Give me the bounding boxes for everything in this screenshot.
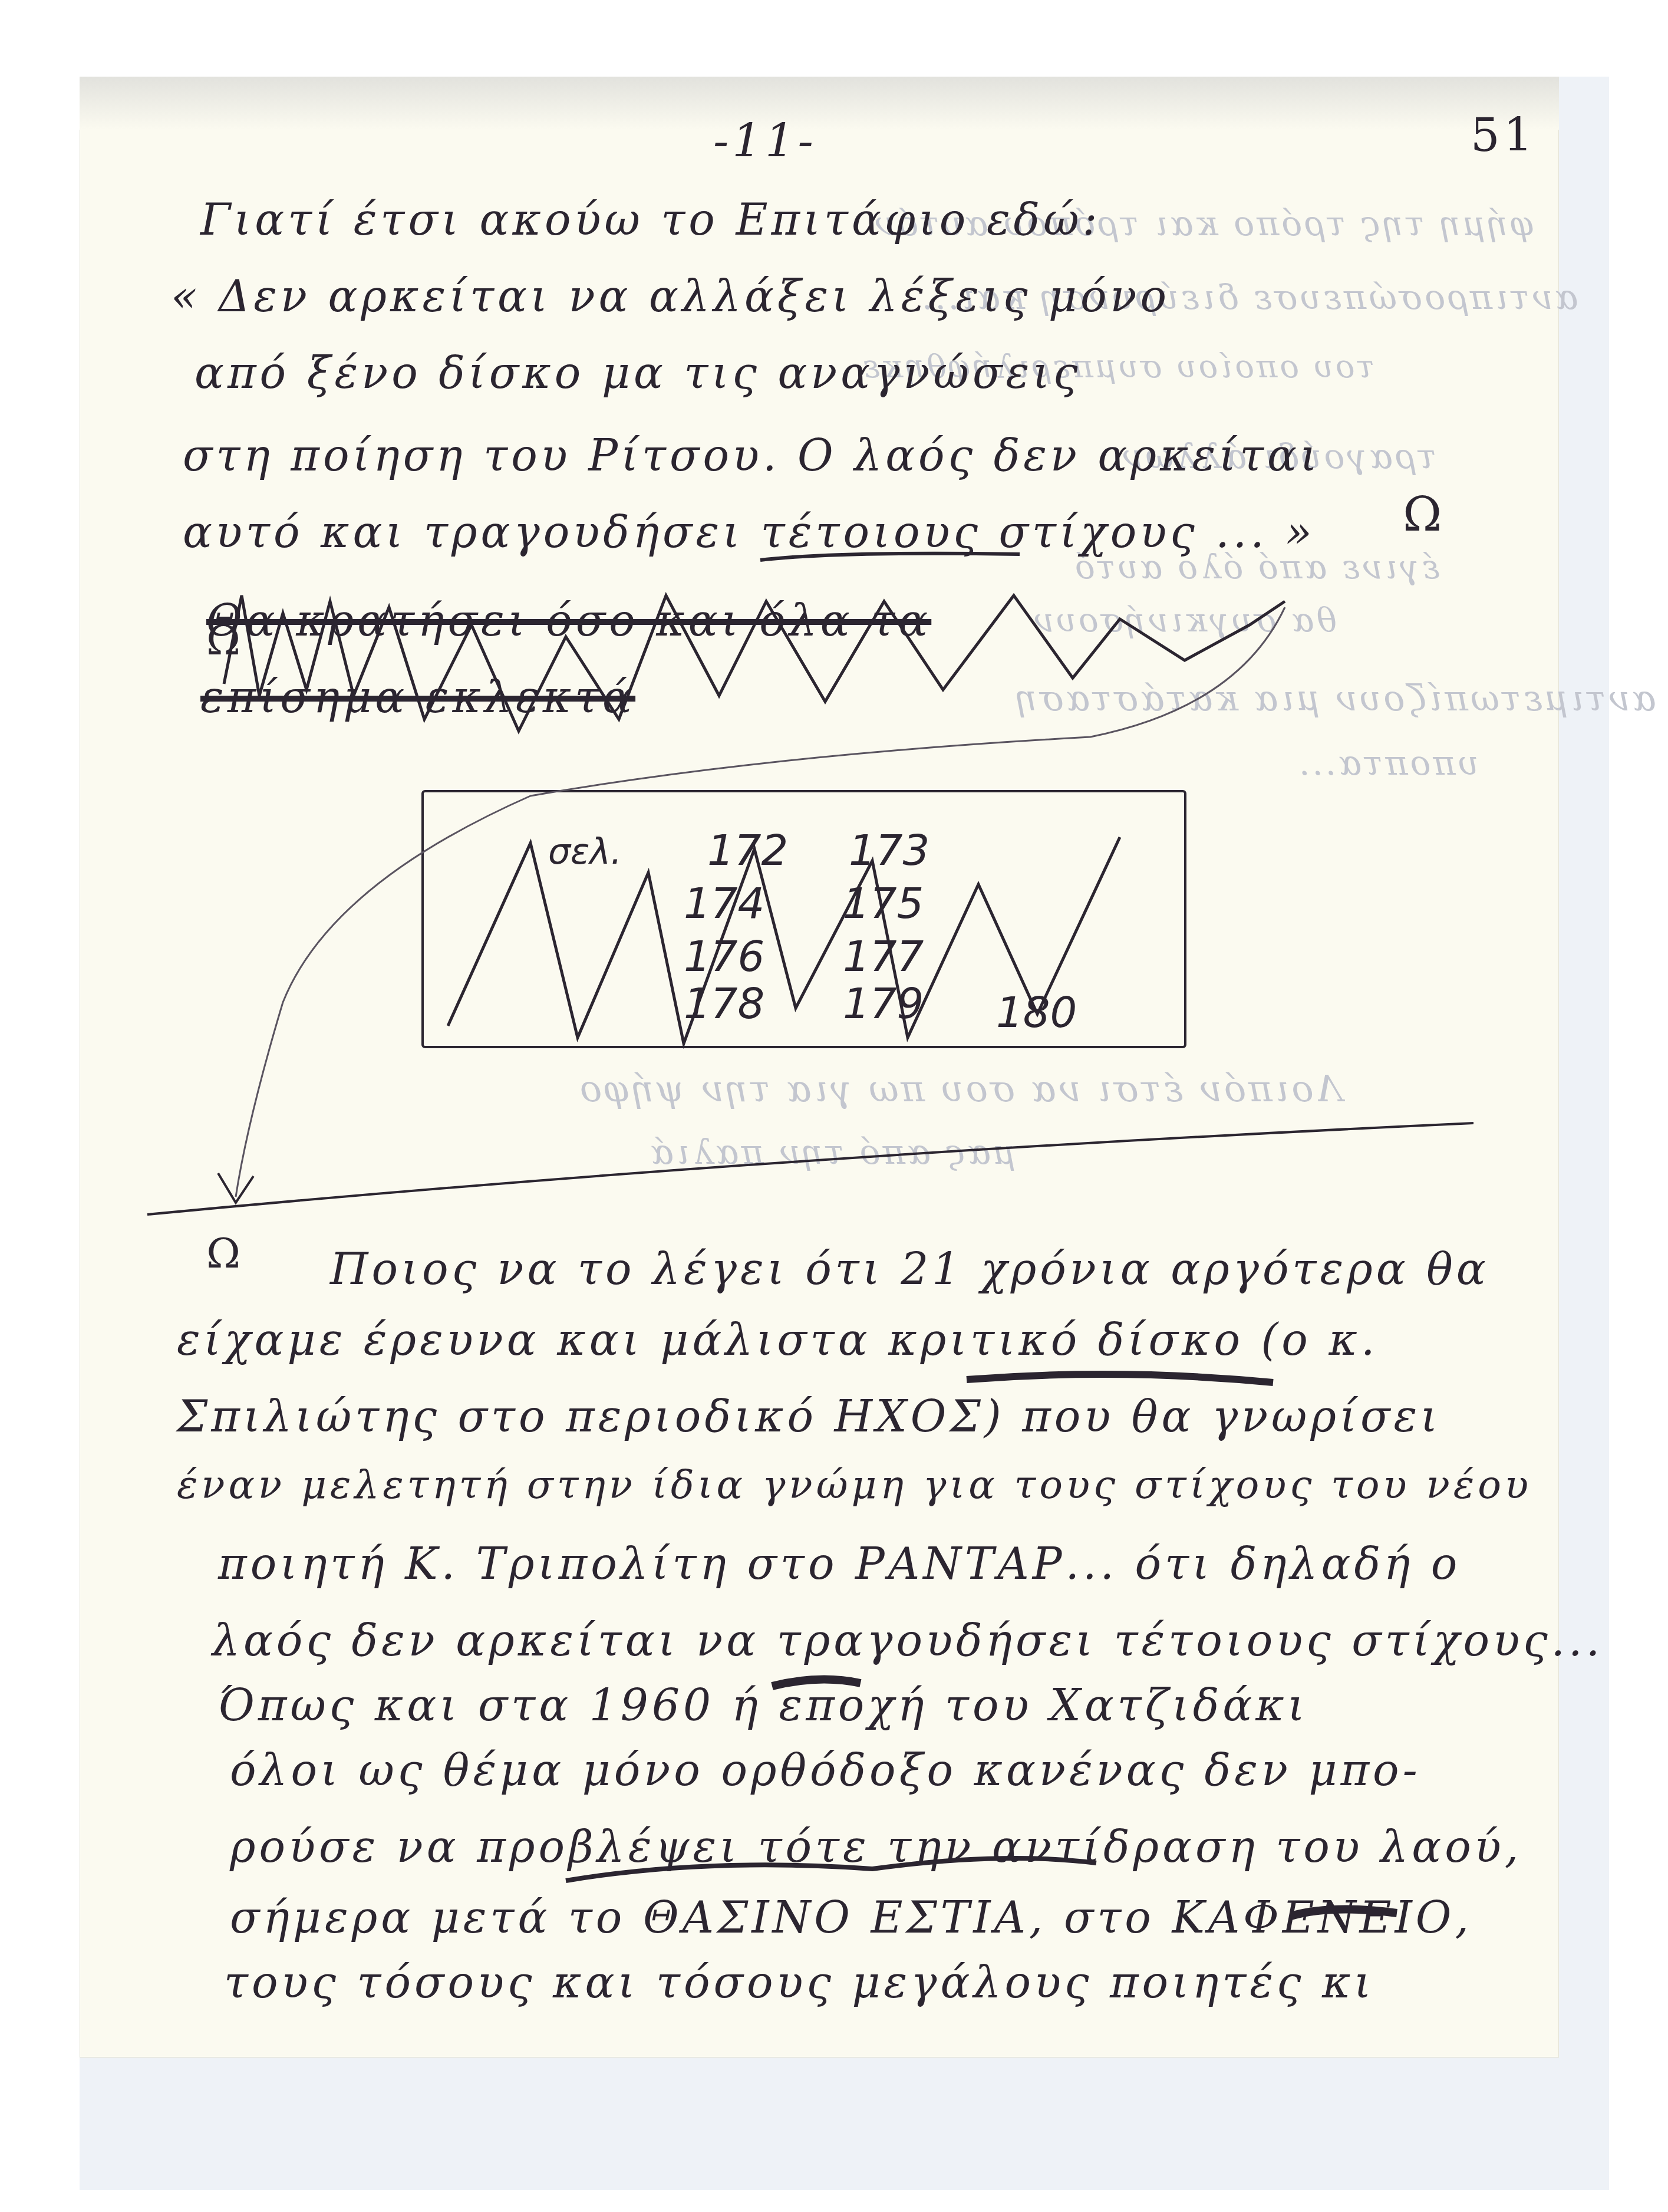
margin-mark: Ω: [1403, 487, 1442, 542]
margin-mark: Ω: [206, 1229, 240, 1278]
strike-stroke: [1291, 1910, 1397, 1916]
strike-stroke: [772, 1680, 861, 1686]
margin-mark: Ω: [206, 616, 240, 664]
strike-stroke: [566, 1858, 1096, 1881]
strike-stroke: [967, 1374, 1273, 1382]
underline-stroke: [760, 554, 1020, 560]
pen-strokes-overlay: Ω Ω Ω: [0, 0, 1668, 2212]
box-scribble-stroke: [448, 837, 1120, 1044]
section-divider: [147, 1123, 1473, 1214]
scribble-stroke: [224, 595, 1285, 731]
arrow-head-icon: [218, 1173, 253, 1203]
arrow-curve: [236, 607, 1285, 1197]
